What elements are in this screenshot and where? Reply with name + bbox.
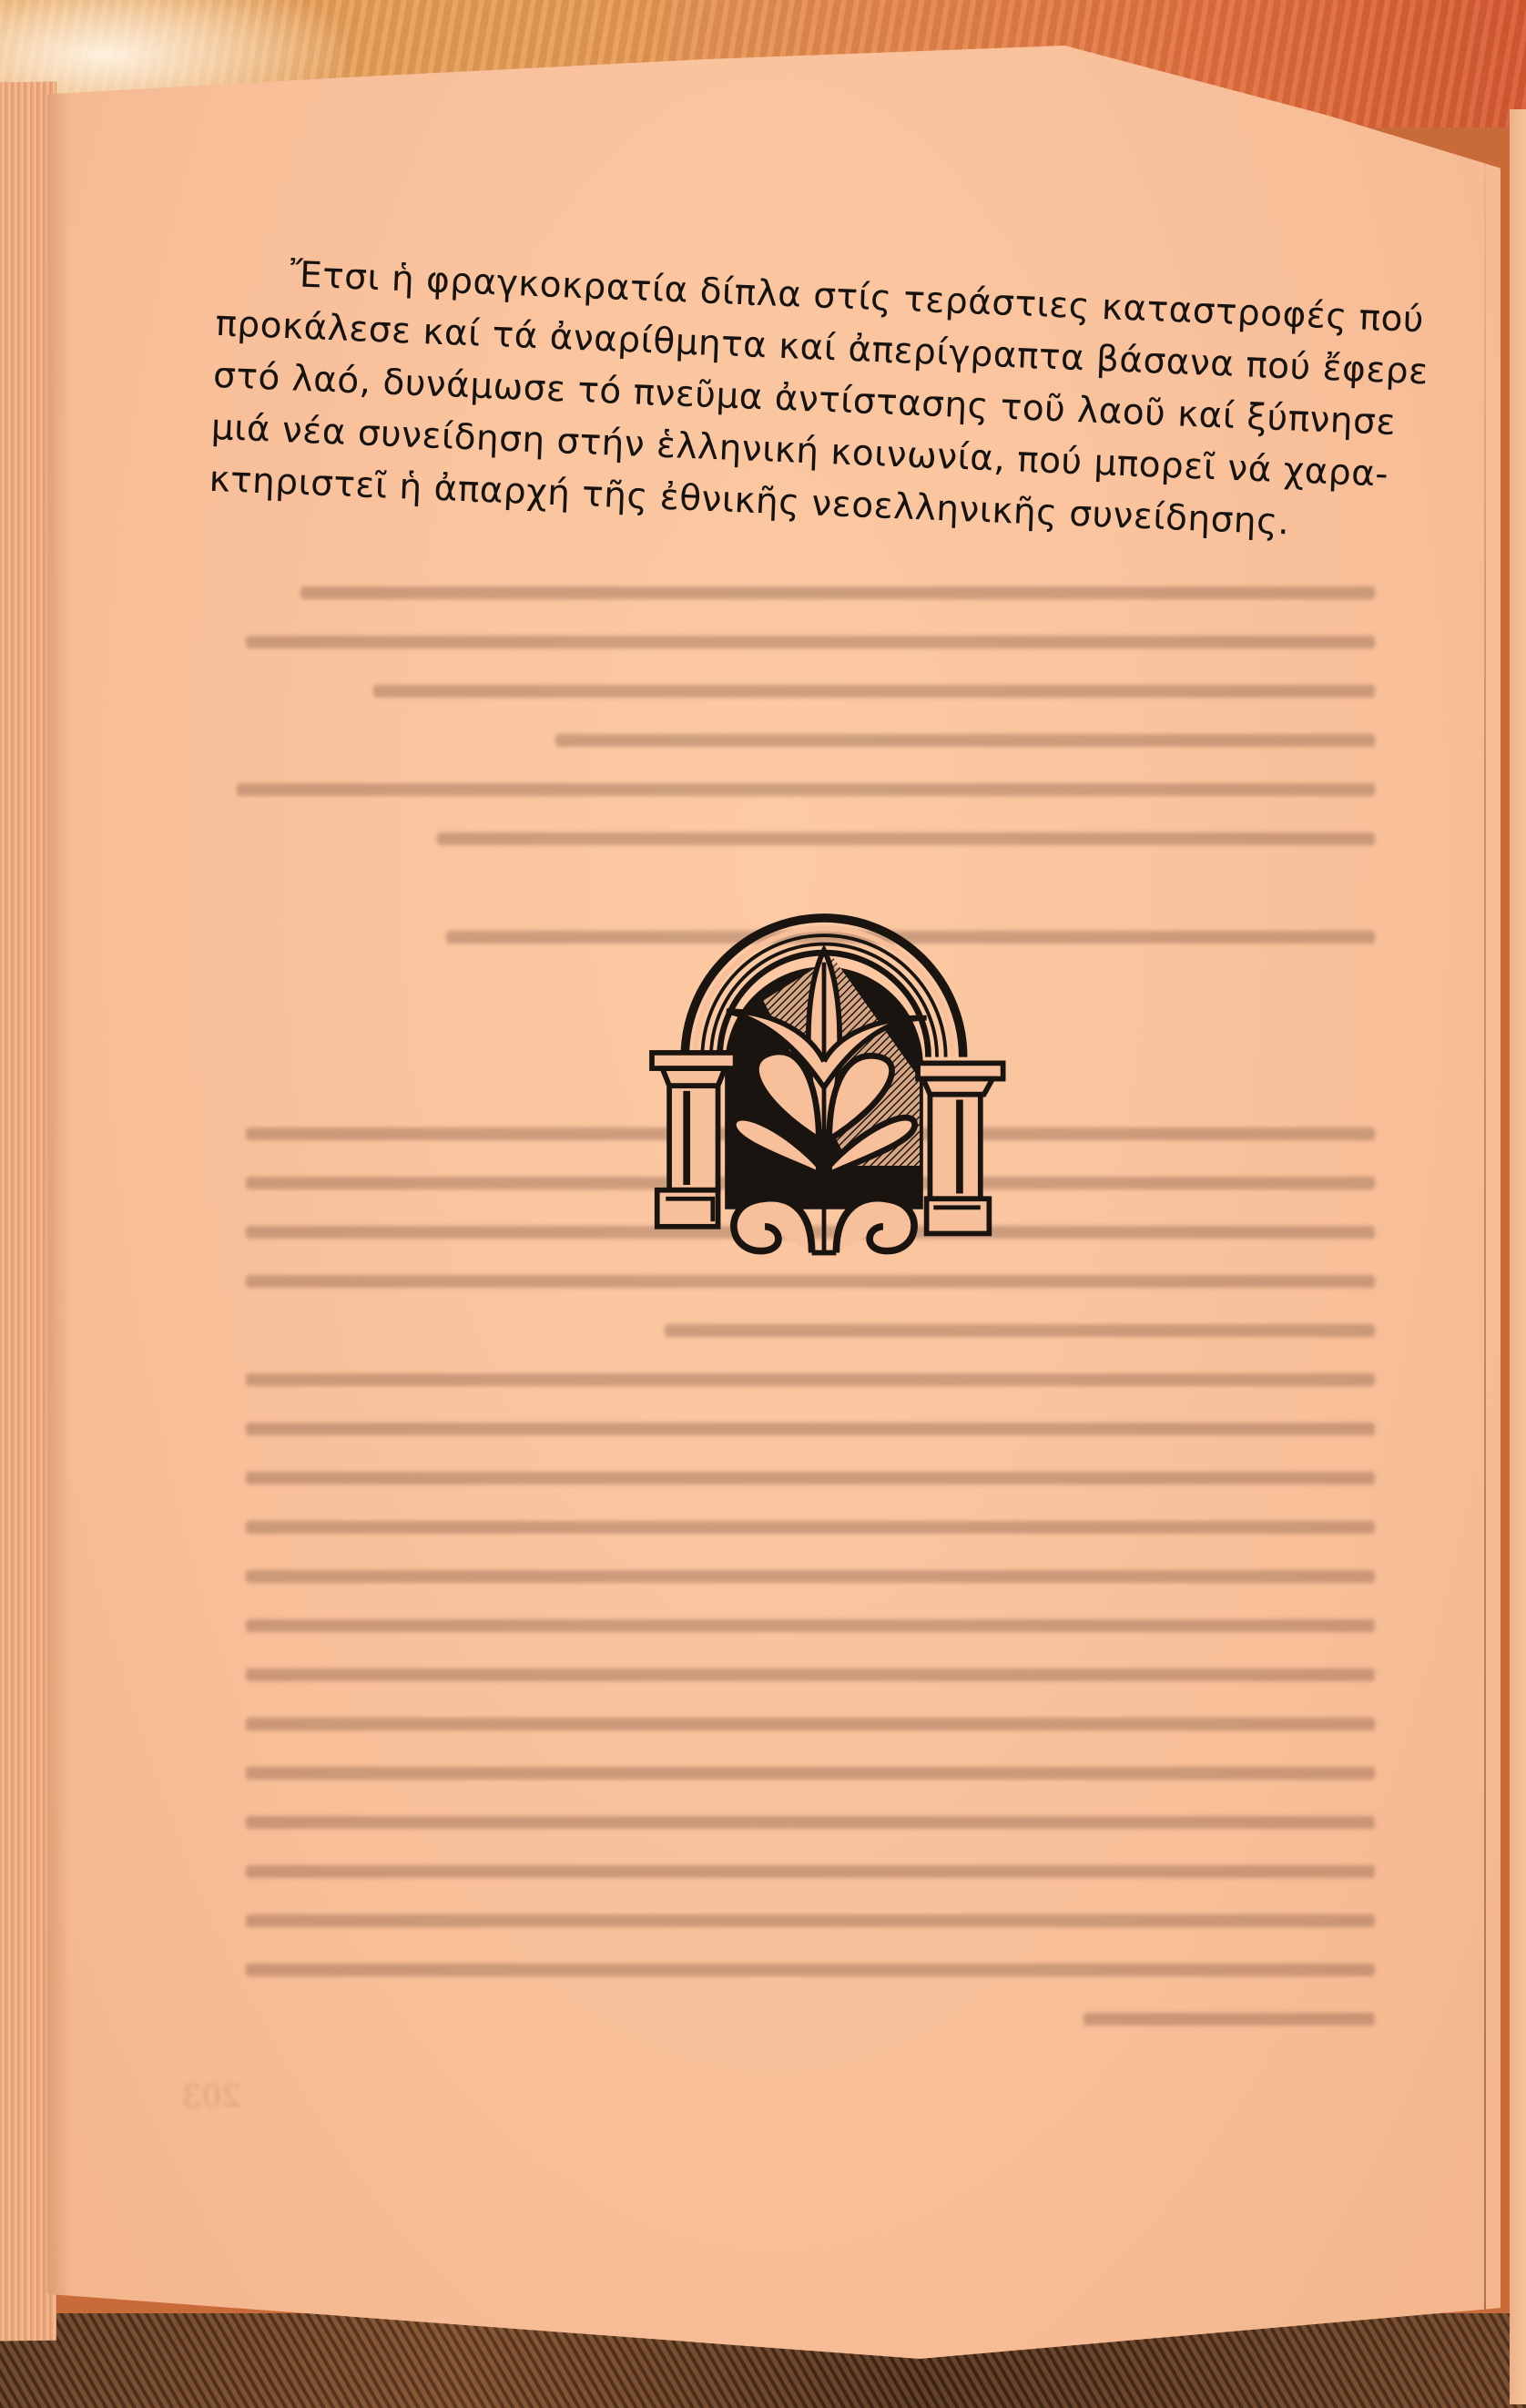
show-through-page-number: 203 — [182, 2078, 241, 2115]
main-paragraph: Ἔτσι ἡ φραγκοκρατία δίπλα στίς τεράστιες… — [209, 246, 1456, 555]
spine-shadow — [47, 46, 71, 2359]
page-fold-line — [1484, 46, 1486, 2359]
next-page-edge — [1510, 109, 1526, 2404]
arch-palmette-ornament-icon — [633, 879, 1015, 1261]
